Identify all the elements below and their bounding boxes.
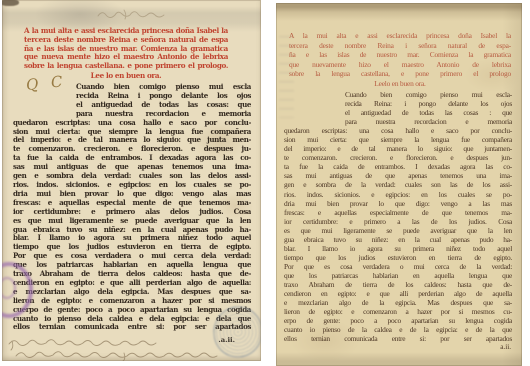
rubric-heading-last-line: Leelo en buen ora.: [289, 79, 511, 88]
left-page-scan: A la mui alta e assi esclarecida princes…: [2, 0, 261, 361]
text-line: lieron de egipto: e comenzaron a hazer p…: [284, 307, 512, 316]
text-line: erpo de gente: poco a poco apartarian su…: [284, 316, 512, 325]
text-line: Por que es cosa verdadera o mui cerca de…: [284, 262, 512, 271]
prologue-opening-lines: Cuando bien comigo pienso mui escla-reci…: [284, 90, 512, 126]
text-line: ta fue la caida de entrambos. I dexadas …: [284, 162, 512, 171]
text-line: cendieron en egipto: e que alli perderia…: [284, 289, 512, 298]
text-line: quedaron escriptas: una cosa hallo e sac…: [13, 119, 251, 128]
text-line: sion mui cierta: que siempre la lengua f…: [13, 128, 251, 137]
prologue-text-gothic: Cuando bien comigo pienso mui esclarecid…: [13, 83, 251, 332]
prologue-body-lines: quedaron escriptas: una cosa hallo e sac…: [284, 126, 512, 343]
text-line: recida Reina: i pongo delante los ojos: [284, 99, 512, 108]
text-line: cuerpo de gente: poco a poco apartarian …: [13, 306, 251, 315]
scanned-book-opening: A la mui alta e assi esclarecida princes…: [0, 0, 530, 366]
text-line: ña e las islas de nuestro mar. Comienza …: [24, 45, 228, 54]
text-line: sion mui cierta: que siempre la lengua f…: [284, 135, 512, 144]
text-line: blar. I llamo io agora su primera niñez …: [284, 244, 512, 253]
text-line: tiempo que los judios estuvieron en tier…: [284, 253, 512, 262]
prologue-body-lines: quedaron escriptas: una cosa hallo e sac…: [13, 119, 251, 333]
text-line: dria mui bien provar lo que digo: vengo …: [284, 199, 512, 208]
text-line: tiempo que los judios estuvieron en tier…: [13, 243, 251, 252]
text-line: ior certidumbre: e primero alas delos ju…: [13, 208, 251, 217]
rubric-heading: A la mui alta e assi esclarecida princes…: [289, 31, 511, 79]
text-line: frescas: e aquellas especialmente de que…: [284, 208, 512, 217]
text-line: gua ebraica tuvo su niñez: en la cual ap…: [284, 235, 512, 244]
ink-smudge: [2, 0, 19, 6]
text-line: dria mui bien provar lo que digo: vengo …: [13, 190, 251, 199]
text-line: ta fue la caida de entrambos. I dexadas …: [13, 154, 251, 163]
text-line: sobre la lengua castellana. e pone prime…: [24, 62, 228, 71]
handwritten-title-annotation: [94, 6, 184, 22]
text-line: que nueva mente hizo el maestro Antonio …: [24, 53, 228, 62]
text-line: A la mui alta e assi esclarecida princes…: [289, 31, 511, 41]
text-line: es que mui ligeramente se puede averigua…: [284, 226, 512, 235]
text-line: Por que es cosa verdadera o mui cerca de…: [13, 252, 251, 261]
text-line: tercera deste nombre Reina e señora natu…: [24, 36, 228, 45]
text-line: del imperio: e de tal manera lo siguio: …: [13, 136, 251, 145]
text-line: traxo Abraham de tierra de los caldeos: …: [284, 280, 512, 289]
text-line: frescas: e aquellas especial mente de qu…: [13, 199, 251, 208]
text-line: te comenzaron. crecieron. e florecieron.…: [284, 153, 512, 162]
text-line: te comenzaron. crecieron. e florecieron.…: [13, 145, 251, 154]
text-line: gen e sombra de la verdad: cuales son la…: [284, 180, 512, 189]
text-line: el antiguedad de todas las cosas: que: [13, 101, 251, 110]
prologue-text-roman: Cuando bien comigo pienso mui escla-reci…: [284, 90, 512, 343]
prologue-opening-lines: Cuando bien comigo pienso mui esclarecid…: [13, 83, 251, 119]
rubric-heading: A la mui alta e assi esclarecida princes…: [24, 27, 228, 71]
text-line: rios. indos. sicionios. e egipcios: en l…: [284, 190, 512, 199]
text-line: sas mui antiguas de que apenas tenemos u…: [284, 171, 512, 180]
text-line: A la mui alta e assi esclarecida princes…: [24, 27, 228, 36]
text-line: cuanto io pienso de la caldea e de la eg…: [284, 325, 512, 334]
text-line: gua ebraica tuvo su niñez: en la cual ap…: [13, 226, 251, 235]
text-line: sas mui antiguas de que apenas tenemos u…: [13, 163, 251, 172]
text-line: ña e las islas de nuestro mar. Comienza …: [289, 50, 511, 60]
text-line: recida Reina i pongo delante los ojos: [13, 92, 251, 101]
text-line: ellos ternian comunicada entre si: por s…: [284, 334, 512, 343]
text-line: Cuando bien comigo pienso mui escla: [13, 83, 251, 92]
text-line: es que mui ligeramente se puede averigua…: [13, 217, 251, 226]
text-line: traxo Abraham de tierra delos caldeos: h…: [13, 270, 251, 279]
text-line: para nuestra recordacion e memoria: [13, 110, 251, 119]
text-line: que los patriarcas hablarian en aquella …: [13, 261, 251, 270]
text-line: Cuando bien comigo pienso mui escla-: [284, 90, 512, 99]
handwritten-annotation-bottom: [6, 336, 246, 361]
text-line: rios. indos. sicionios. e egipcios: en l…: [13, 181, 251, 190]
text-line: e mezclarian algo de la egipcia. Mas des…: [284, 298, 512, 307]
text-line: lieron de egipto: e comenzaron a hazer p…: [13, 297, 251, 306]
text-line: ior certidumbre: e primero a las de los …: [284, 217, 512, 226]
text-line: sobre la lengua castellana, e pone prime…: [289, 69, 511, 79]
text-line: blar. I llamo io agora su primera niñez …: [13, 234, 251, 243]
right-page-scan: A la mui alta e assi esclarecida princes…: [276, 3, 522, 366]
text-line: del imperio: e de tal manera lo siguio: …: [284, 144, 512, 153]
text-line: cendieron en egipto: e que alli perderia…: [13, 279, 251, 288]
text-line: gen e sombra dela verdad: cuales son las…: [13, 172, 251, 181]
text-line: el antiguedad de todas las cosas : que: [284, 108, 512, 117]
text-line: e mezclarian algo dela egipcia. Mas desp…: [13, 288, 251, 297]
text-line: para nuestra recordacion e memoria: [284, 117, 512, 126]
text-line: tercera deste nombre Reina i señora natu…: [289, 41, 511, 51]
text-line: quedaron escriptas: una cosa hallo e sac…: [284, 126, 512, 135]
text-line: que los patriarcas hablarian en aquella …: [284, 271, 512, 280]
quire-signature-mark: a.ii.: [500, 343, 511, 351]
text-line: que nuevamente hizo el maestro Antonio d…: [289, 60, 511, 70]
